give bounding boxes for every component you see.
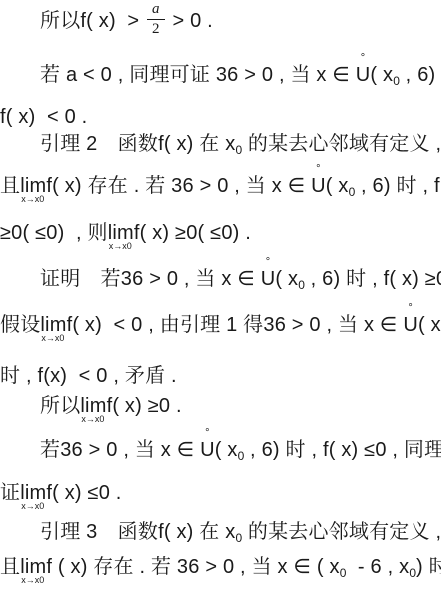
fraction: a2 [147, 2, 165, 37]
text-run: f( x) < 0 . [0, 106, 87, 128]
ring-accent-icon: ° [408, 303, 413, 314]
ring-accent-icon: ° [316, 164, 321, 175]
text-run: f( x) < 0 , 由引理 1 得36 > 0 , 当 x ∈ [67, 314, 404, 336]
text-run: ( x [418, 314, 441, 336]
math-document-page: 所以f( x) > a2 > 0 .若 a < 0 , 同理可证 36 > 0 … [0, 0, 441, 596]
text-run: ( x [370, 64, 393, 86]
text-line: 证明 若36 > 0 , 当 x ∈ U°( x0 , 6) 时 , f( x)… [40, 266, 441, 298]
text-line: 所以f( x) > a2 > 0 . [40, 4, 213, 39]
text-run: ( x [275, 268, 298, 290]
text-line: 且limx→x0f ( x) 存在 . 若 36 > 0 , 当 x ∈ ( x… [0, 554, 441, 586]
fraction-numerator: a [147, 2, 165, 20]
limit-subscript: x→x0 [21, 195, 44, 204]
subscript: 0 [409, 566, 416, 580]
text-run: , 6) 时 , f( x) ≤0 , 同理可 [244, 439, 441, 461]
text-run: - 6 , x [346, 556, 409, 578]
limit-subscript: x→x0 [81, 415, 104, 424]
text-run: 所以 [40, 395, 80, 417]
text-run: 引理 3 函数f( x) 在 x [40, 521, 235, 543]
limit-operator: limx→x0 [80, 393, 106, 419]
limit-operator: limx→x0 [40, 312, 66, 338]
text-run: ≥0( ≤0) , 则 [0, 222, 108, 244]
limit-subscript: x→x0 [21, 502, 44, 511]
ring-accent-icon: ° [361, 53, 366, 64]
neighborhood-u: U [200, 439, 215, 461]
limit-operator: limx→x0 [108, 220, 134, 246]
text-run: 所以f( x) > [40, 10, 145, 32]
subscript: 0 [298, 278, 305, 292]
text-line: ≥0( ≤0) , 则limx→x0f( x) ≥0( ≤0) . [0, 220, 251, 246]
limit-operator: limx→x0 [20, 173, 46, 199]
limit-operator: limx→x0 [20, 554, 46, 580]
fraction-denominator: 2 [147, 20, 165, 37]
text-run: f( x) ≥0 . [107, 395, 182, 417]
neighborhood-u: U [311, 175, 326, 197]
text-line: 引理 3 函数f( x) 在 x0 的某去心邻域有定义 , [40, 519, 441, 551]
text-line: 时 , f(x) < 0 , 矛盾 . [0, 363, 177, 389]
text-run: , 6) 时 , [400, 64, 441, 86]
ring-accent-icon: ° [205, 428, 210, 439]
deleted-neighborhood-symbol: U° [403, 312, 418, 338]
text-run: 证 [0, 482, 20, 504]
text-run: ( x [326, 175, 349, 197]
subscript: 0 [393, 74, 400, 88]
text-line: 若 a < 0 , 同理可证 36 > 0 , 当 x ∈ U°( x0 , 6… [40, 62, 441, 94]
limit-operator: limx→x0 [20, 480, 46, 506]
text-run: , 6) 时 , f( x) [355, 175, 441, 197]
text-run: ( x [215, 439, 238, 461]
deleted-neighborhood-symbol: U° [261, 266, 276, 292]
limit-subscript: x→x0 [21, 576, 44, 585]
text-run: 且 [0, 556, 20, 578]
text-run: f ( x) 存在 . 若 36 > 0 , 当 x ∈ ( x [46, 556, 339, 578]
text-run: 的某去心邻域有定义 , [242, 521, 441, 543]
text-line: 证limx→x0f( x) ≤0 . [0, 480, 122, 506]
limit-subscript: x→x0 [109, 242, 132, 251]
text-run: f( x) ≥0( ≤0) . [134, 222, 251, 244]
text-run: 的某去心邻域有定义 , [242, 133, 441, 155]
text-line: 假设limx→x0f( x) < 0 , 由引理 1 得36 > 0 , 当 x… [0, 312, 441, 344]
text-line: 所以limx→x0f( x) ≥0 . [40, 393, 182, 419]
neighborhood-u: U [403, 314, 418, 336]
deleted-neighborhood-symbol: U° [200, 437, 215, 463]
text-run: 若 a < 0 , 同理可证 36 > 0 , 当 x ∈ [40, 64, 356, 86]
text-run: > 0 . [167, 10, 213, 32]
text-run: , 6) 时 , f( x) ≥0 , [305, 268, 441, 290]
text-run: f( x) 存在 . 若 36 > 0 , 当 x ∈ [46, 175, 311, 197]
text-run: 且 [0, 175, 20, 197]
text-line: f( x) < 0 . [0, 104, 87, 130]
text-run: 若36 > 0 , 当 x ∈ [40, 439, 200, 461]
deleted-neighborhood-symbol: U° [311, 173, 326, 199]
text-run: 引理 2 函数f( x) 在 x [40, 133, 235, 155]
text-run: 时 , f(x) < 0 , 矛盾 . [0, 365, 177, 387]
text-run: 假设 [0, 314, 40, 336]
limit-subscript: x→x0 [41, 334, 64, 343]
neighborhood-u: U [356, 64, 371, 86]
text-line: 引理 2 函数f( x) 在 x0 的某去心邻域有定义 , [40, 131, 441, 163]
neighborhood-u: U [261, 268, 276, 290]
deleted-neighborhood-symbol: U° [356, 62, 371, 88]
text-line: 若36 > 0 , 当 x ∈ U°( x0 , 6) 时 , f( x) ≤0… [40, 437, 441, 469]
text-run: f( x) ≤0 . [46, 482, 121, 504]
ring-accent-icon: ° [266, 257, 271, 268]
text-line: 且limx→x0f( x) 存在 . 若 36 > 0 , 当 x ∈ U°( … [0, 173, 441, 205]
text-run: ) 时 , [416, 556, 441, 578]
text-run: 证明 若36 > 0 , 当 x ∈ [40, 268, 261, 290]
